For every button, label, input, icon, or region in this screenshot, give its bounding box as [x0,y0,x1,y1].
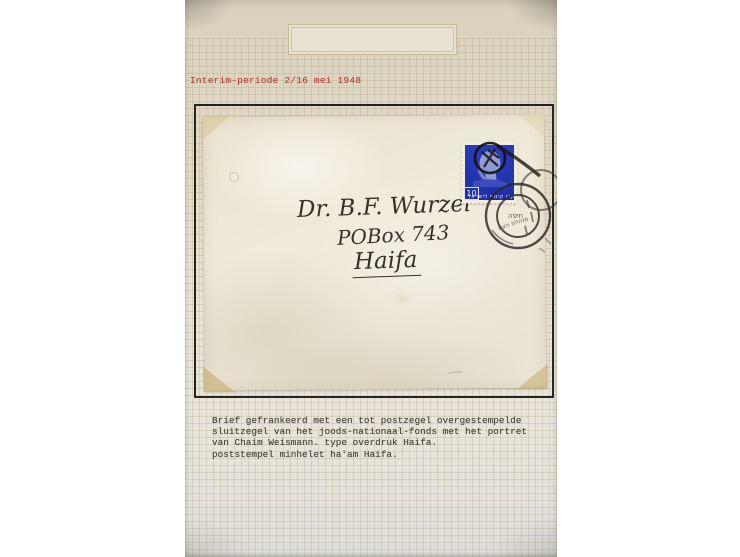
address-line-3: Haifa [352,247,422,275]
album-page-photo: Interim-periode 2/16 mei 1948 Dr. B.F. W… [185,0,557,557]
caption-block: Brief gefrankeerd met een tot postzegel … [212,415,542,460]
caption-line-2: sluitzegel van het joods-nationaal-fonds… [212,426,542,437]
screenshot-canvas: Interim-periode 2/16 mei 1948 Dr. B.F. W… [0,0,740,557]
stamp-inscription-hebrew: קרן קימת לישראל [468,194,515,200]
weizmann-portrait [465,147,514,187]
photo-corner-mount [516,363,548,389]
pencil-mark [448,365,463,373]
title-box [288,24,457,55]
period-label: Interim-periode 2/16 mei 1948 [190,75,361,86]
caption-line-1: Brief gefrankeerd met een tot postzegel … [212,415,542,426]
photo-corner-mount [516,112,546,138]
paper-blemish [229,172,239,182]
photo-corner-mount [203,366,235,392]
postage-stamp: 10 קרן קימת לישראל [462,142,517,203]
photo-corner-mount [201,115,231,141]
address-city-underlined: Haifa [352,247,422,278]
caption-line-3: van Chaim Weismann. type overdruk Haifa. [212,437,542,448]
caption-line-4: poststempel minhelet ha'am Haifa. [212,449,542,460]
